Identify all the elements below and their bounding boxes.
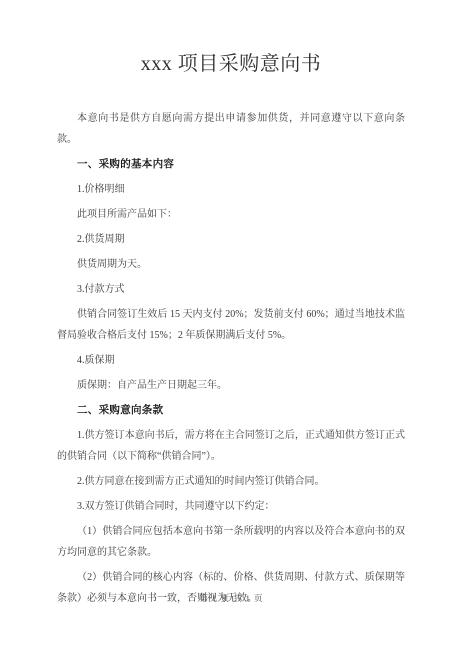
paragraph: 1.供方签订本意向书后，需方将在主合同签订之后，正式通知供方签订正式的供销合同（… <box>57 425 405 467</box>
paragraph: 1.价格明细 <box>57 179 405 200</box>
document-body: 本意向书是供方自愿向需方提出申请参加供货，并同意遵守以下意向条款。一、采购的基本… <box>57 108 405 609</box>
paragraph: （1）供销合同应包括本意向书第一条所载明的内容以及符合本意向书的双方均同意的其它… <box>57 521 405 563</box>
paragraph: 3.付款方式 <box>57 279 405 300</box>
paragraph: 供销合同签订生效后 15 天内支付 20%；发货前支付 60%；通过当地技术监督… <box>57 304 405 346</box>
page-number: 第 1 页 共 1 页 <box>0 592 463 604</box>
paragraph: 2.供方同意在接到需方正式通知的时间内签订供销合同。 <box>57 471 405 492</box>
document-content: xxx 项目采购意向书 本意向书是供方自愿向需方提出申请参加供货，并同意遵守以下… <box>57 0 405 613</box>
paragraph: 供货周期为天。 <box>57 254 405 275</box>
paragraph: 本意向书是供方自愿向需方提出申请参加供货，并同意遵守以下意向条款。 <box>57 108 405 150</box>
document-page: xxx 项目采购意向书 本意向书是供方自愿向需方提出申请参加供货，并同意遵守以下… <box>0 0 463 655</box>
paragraph: 4.质保期 <box>57 350 405 371</box>
paragraph: 此项目所需产品如下： <box>57 204 405 225</box>
document-title: xxx 项目采购意向书 <box>57 0 405 78</box>
paragraph: 2.供货周期 <box>57 229 405 250</box>
paragraph: 质保期：自产品生产日期起三年。 <box>57 375 405 396</box>
section-heading: 二、采购意向条款 <box>57 400 405 421</box>
section-heading: 一、采购的基本内容 <box>57 154 405 175</box>
paragraph: 3.双方签订供销合同时，共同遵守以下约定： <box>57 496 405 517</box>
